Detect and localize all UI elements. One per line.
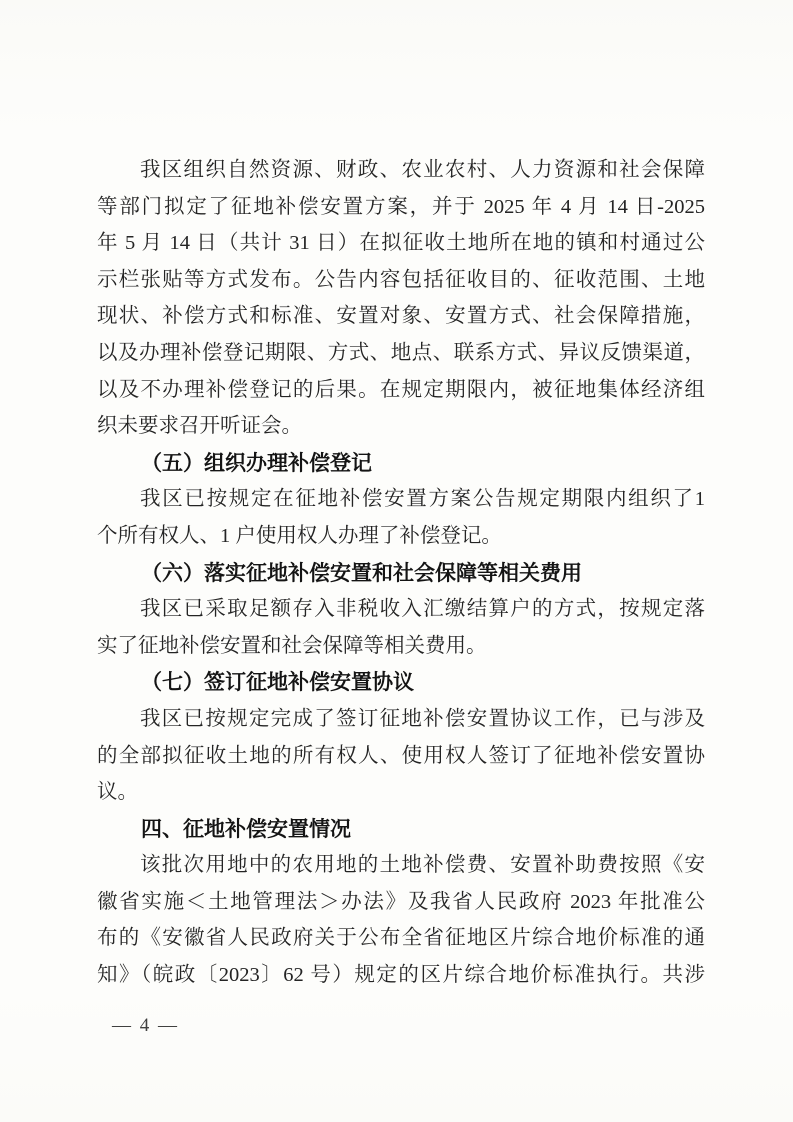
paragraph-line: 以及办理补偿登记期限、方式、地点、联系方式、异议反馈渠道， xyxy=(97,335,705,372)
paragraph-line: 年 5 月 14 日（共计 31 日）在拟征收土地所在地的镇和村通过公 xyxy=(97,225,705,262)
paragraph-line: 布的《安徽省人民政府关于公布全省征地区片综合地价标准的通 xyxy=(97,920,705,957)
paragraph-line: 等部门拟定了征地补偿安置方案，并于 2025 年 4 月 14 日-2025 xyxy=(97,189,705,226)
paragraph-line: 现状、补偿方式和标准、安置对象、安置方式、社会保障措施， xyxy=(97,298,705,335)
section-heading: 四、征地补偿安置情况 xyxy=(97,811,705,848)
paragraph-line: 我区组织自然资源、财政、农业农村、人力资源和社会保障 xyxy=(97,152,705,189)
page-number: — 4 — xyxy=(112,1011,179,1041)
paragraph-line: 我区已按规定完成了签订征地补偿安置协议工作，已与涉及 xyxy=(97,701,705,738)
paragraph-line: 我区已按规定在征地补偿安置方案公告规定期限内组织了1 xyxy=(97,481,705,518)
paragraph-line: 徽省实施＜土地管理法＞办法》及我省人民政府 2023 年批准公 xyxy=(97,884,705,921)
section-heading: （五）组织办理补偿登记 xyxy=(97,445,705,482)
paragraph-line: 织未要求召开听证会。 xyxy=(97,408,705,445)
paragraph-line: 知》（皖政〔2023〕62 号）规定的区片综合地价标准执行。共涉 xyxy=(97,957,705,994)
paragraph-line: 该批次用地中的农用地的土地补偿费、安置补助费按照《安 xyxy=(97,847,705,884)
section-heading: （六）落实征地补偿安置和社会保障等相关费用 xyxy=(97,555,705,592)
document-page: 我区组织自然资源、财政、农业农村、人力资源和社会保障等部门拟定了征地补偿安置方案… xyxy=(0,0,793,1122)
paragraph-line: 实了征地补偿安置和社会保障等相关费用。 xyxy=(97,628,705,665)
paragraph-line: 我区已采取足额存入非税收入汇缴结算户的方式，按规定落 xyxy=(97,591,705,628)
section-heading: （七）签订征地补偿安置协议 xyxy=(97,664,705,701)
document-body: 我区组织自然资源、财政、农业农村、人力资源和社会保障等部门拟定了征地补偿安置方案… xyxy=(97,152,705,994)
paragraph-line: 的全部拟征收土地的所有权人、使用权人签订了征地补偿安置协 xyxy=(97,738,705,775)
paragraph-line: 个所有权人、1 户使用权人办理了补偿登记。 xyxy=(97,518,705,555)
paragraph-line: 议。 xyxy=(97,774,705,811)
paragraph-line: 以及不办理补偿登记的后果。在规定期限内，被征地集体经济组 xyxy=(97,372,705,409)
paragraph-line: 示栏张贴等方式发布。公告内容包括征收目的、征收范围、土地 xyxy=(97,262,705,299)
